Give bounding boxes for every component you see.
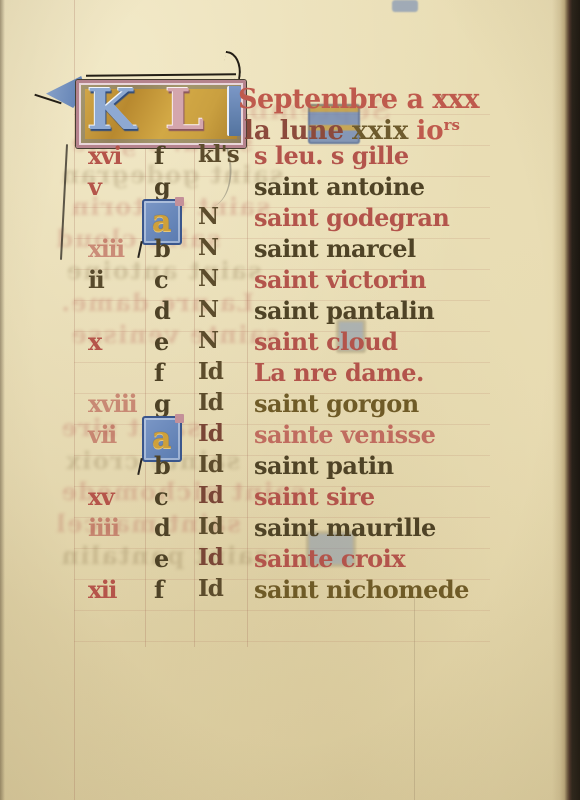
- kl-monogram: K L: [76, 80, 246, 148]
- saint-name: sainte croix: [254, 544, 405, 573]
- pen-flourish: [222, 51, 243, 79]
- roman-date-label: N: [198, 203, 218, 230]
- saint-name: saint pantalin: [254, 296, 434, 325]
- moon-header-superscript: rs: [444, 116, 460, 134]
- dominical-letter: d: [154, 296, 171, 325]
- calendar-row: iiii d Id saint maurille: [0, 512, 580, 543]
- golden-number: xv: [88, 482, 113, 511]
- roman-date-label: Id: [198, 451, 223, 478]
- golden-number: vii: [88, 420, 116, 449]
- golden-number: iiii: [88, 513, 118, 542]
- calendar-row: d N saint pantalin: [0, 295, 580, 326]
- saint-name: saint antoine: [254, 172, 425, 201]
- calendar-row: a N saint godegran: [0, 202, 580, 233]
- golden-number: xiii: [88, 234, 124, 263]
- calendar-row: e Id sainte croix: [0, 543, 580, 574]
- roman-date-label: Id: [198, 544, 223, 571]
- saint-name: saint cloud: [254, 327, 398, 356]
- calendar-row: b Id saint patin: [0, 450, 580, 481]
- roman-date-label: Id: [198, 482, 223, 509]
- saint-name: saint patin: [254, 451, 394, 480]
- calendar-row: xv c Id saint sire: [0, 481, 580, 512]
- kl-letter-k: K: [87, 79, 136, 141]
- roman-date-label: N: [198, 296, 218, 323]
- dominical-letter: c: [154, 482, 169, 511]
- saint-name: saint marcel: [254, 234, 416, 263]
- golden-number: xii: [88, 575, 116, 604]
- calendar-row: vii a Id sainte venisse: [0, 419, 580, 450]
- dominical-letter: f: [154, 358, 164, 387]
- dominical-letter: f: [154, 141, 164, 170]
- page-edge-shadow-right: [552, 0, 580, 800]
- calendar-row: f Id La nre dame.: [0, 357, 580, 388]
- dominical-letter: e: [154, 327, 169, 356]
- roman-date-label: Id: [198, 358, 223, 385]
- calendar-row: xiii b N saint marcel: [0, 233, 580, 264]
- dominical-letter: b: [154, 451, 171, 480]
- kl-letter-l: L: [165, 79, 204, 141]
- calendar-row: xii f Id saint nichomede: [0, 574, 580, 605]
- roman-date-label: Id: [198, 389, 223, 416]
- saint-name: s leu. s gille: [254, 141, 409, 170]
- calendar-row: xviii g Id saint gorgon: [0, 388, 580, 419]
- saint-name: saint sire: [254, 482, 375, 511]
- dominical-letter: d: [154, 513, 171, 542]
- saint-name: sainte venisse: [254, 420, 435, 449]
- parchment-page: Septembre a xxx s leu. s gille saint god…: [0, 0, 580, 800]
- dominical-letter: f: [154, 575, 164, 604]
- roman-date-label: N: [198, 234, 218, 261]
- show-through-initial: [392, 0, 418, 12]
- saint-name: saint godegran: [254, 203, 449, 232]
- roman-date-label: Id: [198, 575, 223, 602]
- month-header: Septembre a xxx: [238, 84, 479, 115]
- calendar-row: xvi f kl's s leu. s gille: [0, 140, 580, 171]
- dominical-letter: c: [154, 265, 169, 294]
- dominical-letter: g: [154, 172, 171, 201]
- dominical-letter: g: [154, 389, 171, 418]
- golden-number: v: [88, 172, 100, 201]
- golden-number: xviii: [88, 389, 136, 418]
- roman-date-label: kl's: [198, 141, 239, 168]
- dominical-letter: e: [154, 544, 169, 573]
- roman-date-label: N: [198, 265, 218, 292]
- dominical-letter: b: [154, 234, 171, 263]
- calendar-row: x e N saint cloud: [0, 326, 580, 357]
- calendar-row: ii c N saint victorin: [0, 264, 580, 295]
- roman-date-label: Id: [198, 513, 223, 540]
- saint-name: saint nichomede: [254, 575, 469, 604]
- saint-name: saint gorgon: [254, 389, 419, 418]
- saint-name: saint victorin: [254, 265, 426, 294]
- calendar-row: v g saint antoine: [0, 171, 580, 202]
- golden-number: xvi: [88, 141, 121, 170]
- ruling-line-vertical: [414, 598, 415, 800]
- roman-date-label: N: [198, 327, 218, 354]
- saint-name: La nre dame.: [254, 358, 424, 387]
- saint-name: saint maurille: [254, 513, 436, 542]
- page-edge-shadow-left: [0, 0, 5, 800]
- golden-number: ii: [88, 265, 103, 294]
- golden-number: x: [88, 327, 101, 356]
- roman-date-label: Id: [198, 420, 223, 447]
